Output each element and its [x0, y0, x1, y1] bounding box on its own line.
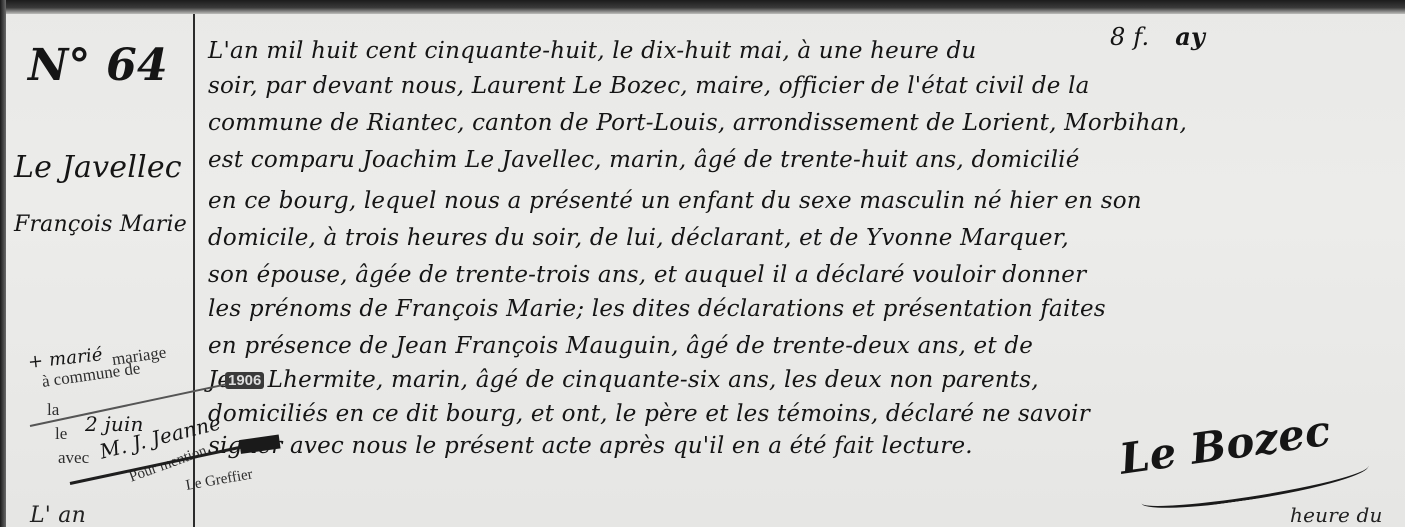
page-top-edge — [0, 0, 1405, 14]
margin-surname: Le Javellec — [14, 150, 182, 185]
body-line-2: soir, par devant nous, Laurent Le Bozec,… — [208, 73, 1090, 99]
page-binding-edge — [0, 0, 6, 527]
body-line-5: en ce bourg, lequel nous a présenté un e… — [208, 188, 1142, 214]
body-line-10: Jean Lhermite, marin, âgé de cinquante-s… — [208, 367, 1039, 393]
stamp-line-la: la — [47, 400, 59, 420]
body-line-8: les prénoms de François Marie; les dites… — [208, 296, 1106, 322]
registry-page: N° 64 Le Javellec François Marie 8 f. ay… — [0, 0, 1405, 527]
margin-given-names: François Marie — [14, 212, 187, 237]
stamp-line-avec: avec — [58, 448, 89, 468]
folio-number: 8 f. ay — [1110, 22, 1205, 51]
body-line-3: commune de Riantec, canton de Port-Louis… — [208, 110, 1187, 136]
next-entry-fragment: L' an — [30, 503, 86, 527]
stamp-le-greffier: Le Greffier — [185, 466, 255, 494]
body-line-6: domicile, à trois heures du soir, de lui… — [208, 225, 1069, 251]
stamp-line-le: le — [55, 424, 67, 444]
body-line-7: son épouse, âgée de trente-trois ans, et… — [208, 262, 1086, 288]
body-line-1: L'an mil huit cent cinquante-huit, le di… — [208, 38, 976, 64]
body-line-9: en présence de Jean François Mauguin, âg… — [208, 333, 1033, 359]
body-line-11: domiciliés en ce dit bourg, et ont, le p… — [208, 401, 1090, 427]
entry-number: N° 64 — [28, 40, 168, 91]
body-line-12: signer avec nous le présent acte après q… — [208, 433, 973, 459]
folio-mark: ay — [1175, 22, 1205, 51]
body-line-4: est comparu Joachim Le Javellec, marin, … — [208, 147, 1080, 173]
stamp-year: 1906 — [225, 372, 264, 389]
next-entry-fragment-right: heure du — [1290, 503, 1383, 527]
